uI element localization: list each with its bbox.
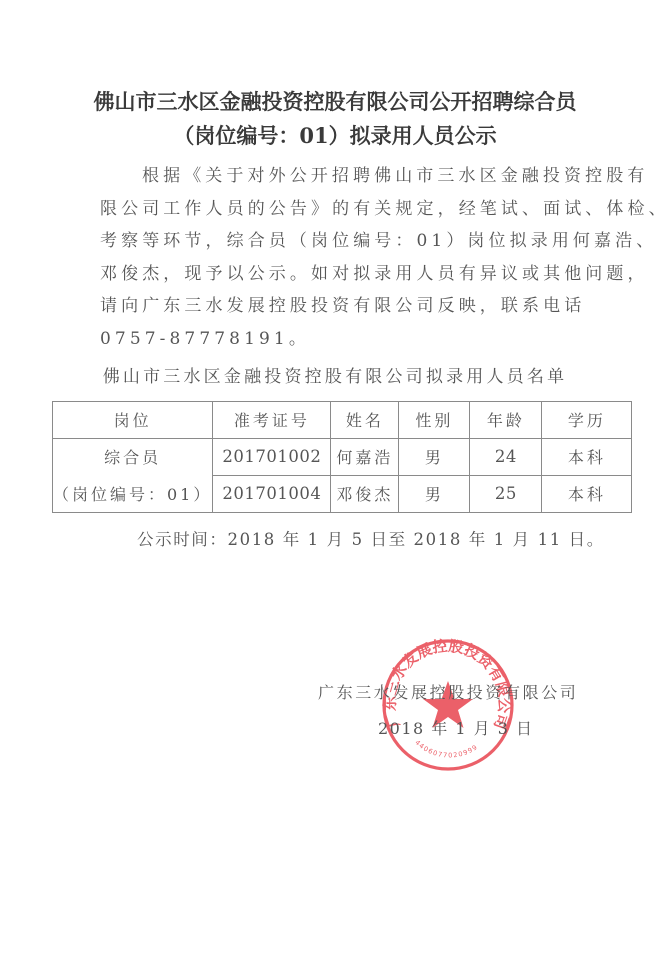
hire-roster-table: 岗位 准考证号 姓名 性别 年龄 学历 综合员 （岗位编号：01） 201701…	[52, 401, 632, 513]
position-cell: 综合员 （岗位编号：01）	[53, 438, 213, 512]
exam-number-cell: 201701004	[213, 475, 331, 512]
publish-period: 公示时间：2018 年 1 月 5 日至 2018 年 1 月 11 日。	[137, 526, 605, 550]
header-age: 年龄	[470, 402, 542, 439]
exam-number-cell: 201701002	[213, 438, 331, 475]
company-seal-stamp: 广东三水发展控股投资有限公司 4406077020999	[380, 637, 516, 773]
header-education: 学历	[542, 402, 632, 439]
seal-code-text: 4406077020999	[413, 738, 479, 759]
title-line-2: （岗位编号：01）拟录用人员公示	[0, 120, 670, 150]
table-header-row: 岗位 准考证号 姓名 性别 年龄 学历	[53, 402, 632, 439]
education-cell: 本科	[542, 438, 632, 475]
gender-cell: 男	[399, 438, 470, 475]
name-cell: 邓俊杰	[331, 475, 399, 512]
title-line-1: 佛山市三水区金融投资控股有限公司公开招聘综合员	[0, 86, 670, 116]
gender-cell: 男	[399, 475, 470, 512]
age-cell: 24	[470, 438, 542, 475]
body-line: 0757-87778191。	[100, 323, 570, 356]
body-line: 邓俊杰，现予以公示。如对拟录用人员有异议或其他问题，	[100, 258, 570, 291]
body-line: 限公司工作人员的公告》的有关规定，经笔试、面试、体检、	[100, 193, 570, 226]
header-name: 姓名	[331, 402, 399, 439]
header-position: 岗位	[53, 402, 213, 439]
education-cell: 本科	[542, 475, 632, 512]
name-cell: 何嘉浩	[331, 438, 399, 475]
body-line: 考察等环节，综合员（岗位编号：01）岗位拟录用何嘉浩、	[100, 225, 570, 258]
age-cell: 25	[470, 475, 542, 512]
body-paragraph: 根据《关于对外公开招聘佛山市三水区金融投资控股有 限公司工作人员的公告》的有关规…	[100, 160, 570, 356]
position-title: 综合员	[53, 445, 212, 468]
table-row: 综合员 （岗位编号：01） 201701002 何嘉浩 男 24 本科	[53, 438, 632, 475]
body-line: 请向广东三水发展控股投资有限公司反映，联系电话	[100, 290, 570, 323]
header-gender: 性别	[399, 402, 470, 439]
signature-date: 2018 年 1 月 3 日	[378, 716, 534, 739]
list-caption: 佛山市三水区金融投资控股有限公司拟录用人员名单	[0, 362, 670, 387]
signature-organization: 广东三水发展控股投资有限公司	[318, 680, 578, 703]
body-line: 根据《关于对外公开招聘佛山市三水区金融投资控股有	[100, 160, 570, 193]
header-exam-number: 准考证号	[213, 402, 331, 439]
document-page: 佛山市三水区金融投资控股有限公司公开招聘综合员 （岗位编号：01）拟录用人员公示…	[0, 0, 670, 962]
position-code: （岗位编号：01）	[53, 482, 212, 505]
